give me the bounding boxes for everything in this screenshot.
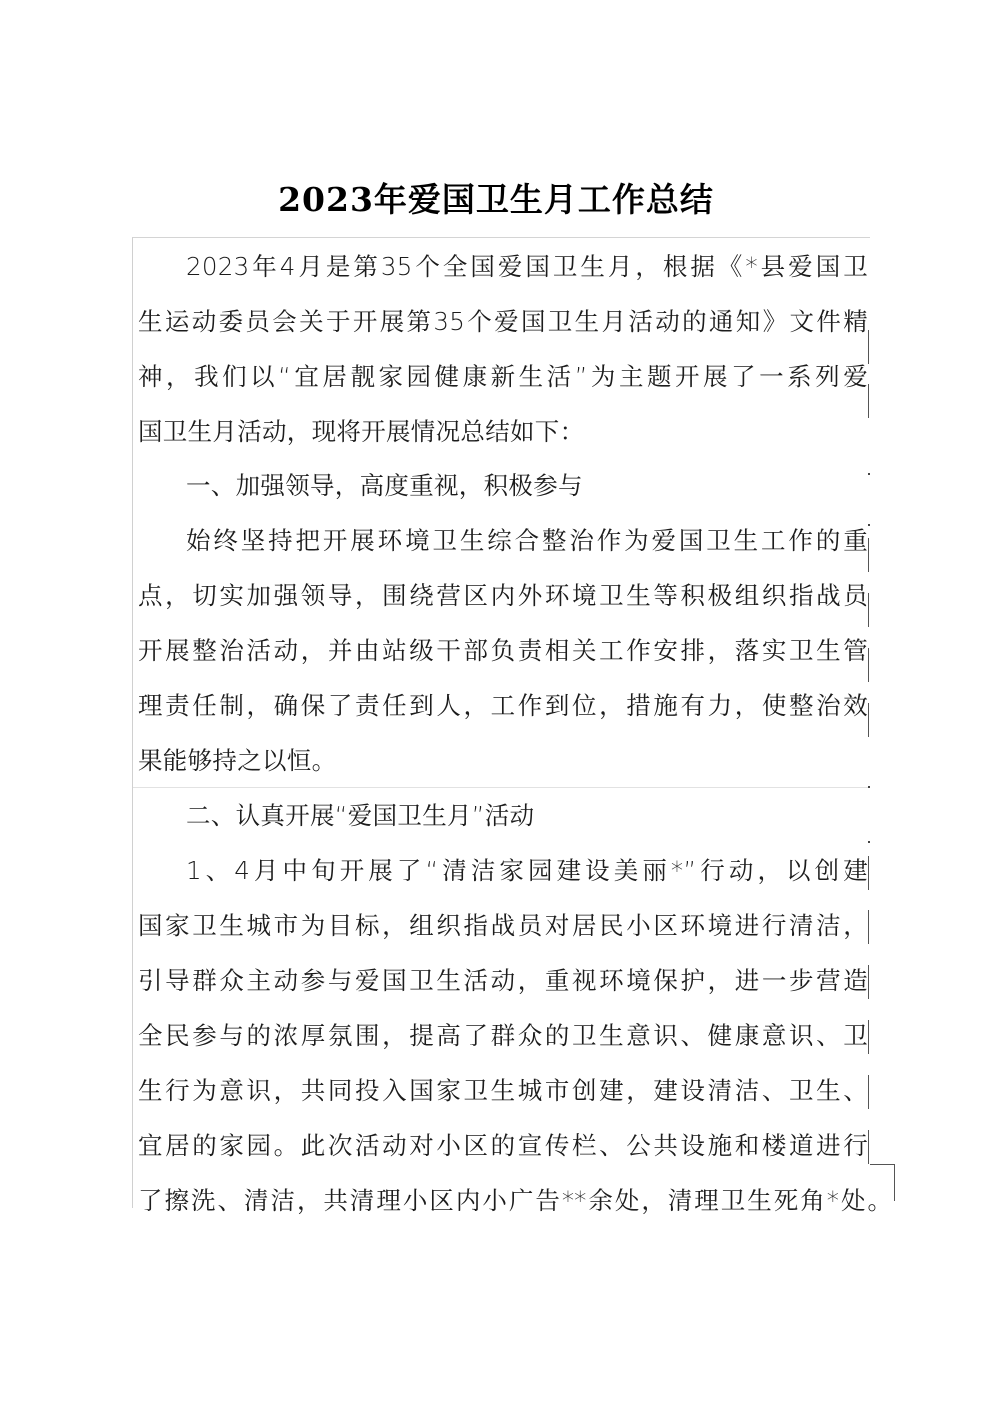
section-2-item-1-line-3: 引导群众主动参与爱国卫生活动，重视环境保护，进一步营造 (138, 961, 868, 1001)
text-boundary-marker (868, 703, 869, 737)
section-2-item-1-line-1: 1、4月中旬开展了“清洁家园建设美丽*”行动，以创建 (186, 851, 868, 891)
paragraph-intro-line-4: 国卫生月活动，现将开展情况总结如下： (138, 412, 868, 452)
text-boundary-marker (868, 648, 869, 682)
section-heading-1: 一、加强领导，高度重视，积极参与 (186, 466, 868, 506)
text-boundary-marker (868, 1075, 869, 1109)
text-boundary-marker (868, 593, 869, 627)
document-page: 2023年爱国卫生月工作总结 2023年4月是第35个全国爱国卫生月，根据《*县… (0, 0, 992, 1403)
section-1-line-4: 理责任制，确保了责任到人，工作到位，措施有力，使整治效 (138, 686, 868, 726)
text-boundary-marker (868, 524, 870, 526)
text-boundary-marker (868, 473, 870, 475)
section-1-line-5: 果能够持之以恒。 (138, 741, 868, 781)
paragraph-separator (133, 787, 869, 788)
text-boundary-marker (868, 330, 869, 364)
paragraph-intro-line-3: 神，我们以“宜居靓家园健康新生活”为主题开展了一系列爱 (138, 357, 868, 397)
paragraph-intro-line-1: 2023年4月是第35个全国爱国卫生月，根据《*县爱国卫 (186, 247, 868, 287)
section-1-line-1: 始终坚持把开展环境卫生综合整治作为爱国卫生工作的重 (186, 521, 868, 561)
text-boundary-marker (868, 384, 869, 418)
section-1-line-3: 开展整治活动，并由站级干部负责相关工作安排，落实卫生管 (138, 631, 868, 671)
text-boundary-marker (868, 841, 870, 843)
text-boundary-marker (868, 786, 870, 788)
section-1-line-2: 点，切实加强领导，围绕营区内外环境卫生等积极组织指战员 (138, 576, 868, 616)
section-2-item-1-line-4: 全民参与的浓厚氛围，提高了群众的卫生意识、健康意识、卫 (138, 1016, 868, 1056)
text-boundary-marker (868, 538, 869, 572)
text-end-corner-marker (870, 1164, 895, 1201)
text-boundary-marker (868, 1020, 869, 1054)
section-2-item-1-line-2: 国家卫生城市为目标，组织指战员对居民小区环境进行清洁， (138, 906, 868, 946)
text-boundary-marker (868, 910, 869, 944)
section-2-item-1-line-6: 宜居的家园。此次活动对小区的宣传栏、公共设施和楼道进行 (138, 1126, 868, 1166)
text-boundary-marker (868, 1130, 869, 1164)
section-2-item-1-line-7: 了擦洗、清洁，共清理小区内小广告**余处，清理卫生死角*处。 (138, 1181, 892, 1221)
paragraph-intro-line-2: 生运动委员会关于开展第35个爱国卫生月活动的通知》文件精 (138, 302, 868, 342)
text-boundary-marker (868, 856, 869, 890)
document-title: 2023年爱国卫生月工作总结 (0, 178, 992, 222)
section-2-item-1-line-5: 生行为意识，共同投入国家卫生城市创建，建设清洁、卫生、 (138, 1071, 868, 1111)
section-heading-2: 二、认真开展“爱国卫生月”活动 (186, 796, 868, 836)
text-boundary-marker (868, 965, 869, 999)
